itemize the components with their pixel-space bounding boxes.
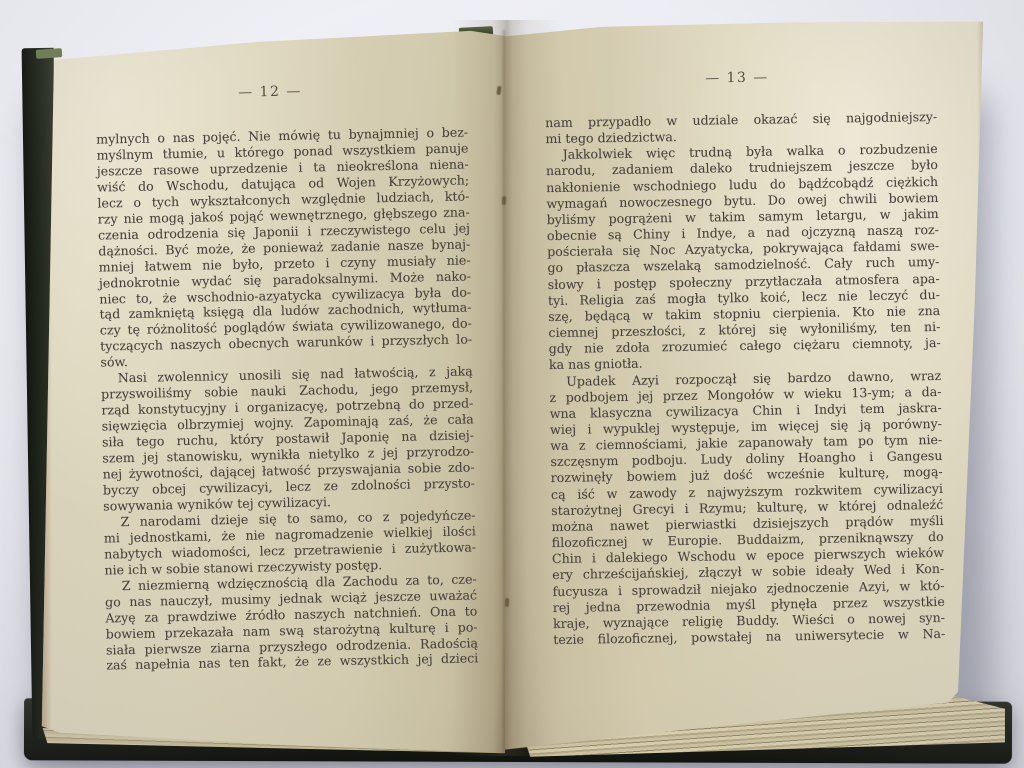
page-13-text: nam przypadło w udziale okazać się najgo… bbox=[545, 109, 945, 648]
page-12: — 12 — mylnych o nas pojęć. Nie mówię tu… bbox=[40, 28, 505, 756]
cover-corner-detail bbox=[36, 48, 63, 59]
page-12-number: — 12 — bbox=[190, 82, 350, 101]
photo-scene: — 12 — mylnych o nas pojęć. Nie mówię tu… bbox=[0, 0, 1024, 768]
binding-stitch bbox=[502, 196, 507, 205]
gutter-crease bbox=[503, 30, 505, 752]
page-12-text: mylnych o nas pojęć. Nie mówię tu bynajm… bbox=[96, 124, 478, 673]
page-13: — 13 — nam przypadło w udziale okazać si… bbox=[505, 18, 987, 754]
binding-stitch bbox=[505, 598, 509, 607]
page-13-number: — 13 — bbox=[657, 69, 817, 88]
